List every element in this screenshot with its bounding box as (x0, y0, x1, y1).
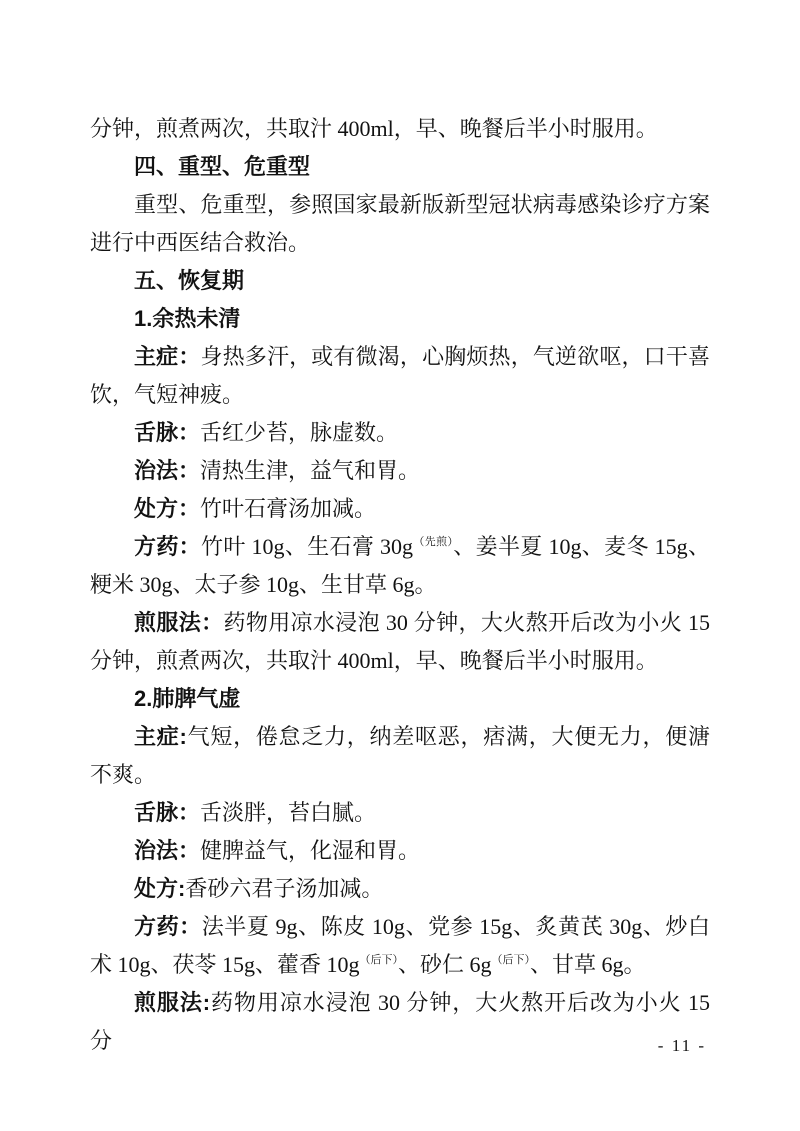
sub2-fangyao-seg2: 、砂仁 6g (398, 952, 492, 977)
sub2-fangyao-note-houxia-1: （后下） (360, 954, 399, 966)
sub2-shemai-text: 舌淡胖，苔白腻。 (200, 800, 376, 825)
document-page: 分钟，煎煮两次，共取汁 400ml，早、晚餐后半小时服用。 四、重型、危重型 重… (0, 0, 800, 1131)
sub1-chufang-label: 处方： (134, 496, 200, 521)
sub2-chufang-paragraph: 处方:香砂六君子汤加减。 (90, 870, 710, 908)
subsection-heading-2-text: 2.肺脾气虚 (134, 686, 240, 711)
sub2-shemai-paragraph: 舌脉：舌淡胖，苔白腻。 (90, 794, 710, 832)
sub1-shemai-text: 舌红少苔，脉虚数。 (200, 420, 398, 445)
sub2-fangyao-seg3: 、甘草 6g。 (530, 952, 646, 977)
sub2-zhuzheng-label: 主症: (134, 724, 187, 749)
sub1-zhifa-paragraph: 治法：清热生津，益气和胃。 (90, 452, 710, 490)
sub2-chufang-text: 香砂六君子汤加减。 (185, 876, 383, 901)
subsection-heading-1-text: 1.余热未清 (134, 306, 240, 331)
sub2-fangyao-note-houxia-2: （后下） (492, 954, 531, 966)
sub2-jianfufa-label: 煎服法: (134, 990, 210, 1015)
document-body: 分钟，煎煮两次，共取汁 400ml，早、晚餐后半小时服用。 四、重型、危重型 重… (90, 110, 710, 1060)
sub1-chufang-paragraph: 处方：竹叶石膏汤加减。 (90, 490, 710, 528)
sub1-shemai-paragraph: 舌脉：舌红少苔，脉虚数。 (90, 414, 710, 452)
section-heading-4-text: 四、重型、危重型 (134, 154, 310, 179)
sub2-chufang-label: 处方: (134, 876, 185, 901)
section-4-body: 重型、危重型，参照国家最新版新型冠状病毒感染诊疗方案进行中西医结合救治。 (90, 186, 710, 262)
section-heading-5-text: 五、恢复期 (134, 268, 244, 293)
sub2-jianfufa-paragraph: 煎服法:药物用凉水浸泡 30 分钟，大火熬开后改为小火 15 分 (90, 984, 710, 1060)
sub1-zhifa-label: 治法： (134, 458, 200, 483)
sub2-fangyao-label: 方药： (134, 914, 202, 939)
sub2-zhifa-paragraph: 治法：健脾益气，化湿和胃。 (90, 832, 710, 870)
sub1-fangyao-paragraph: 方药：竹叶 10g、生石膏 30g（先煎）、姜半夏 10g、麦冬 15g、粳米 … (90, 528, 710, 604)
sub1-fangyao-label: 方药： (134, 534, 201, 559)
page-number: - 11 - (658, 1036, 706, 1056)
sub1-chufang-text: 竹叶石膏汤加减。 (200, 496, 376, 521)
sub1-fangyao-seg1: 竹叶 10g、生石膏 30g (201, 534, 413, 559)
subsection-heading-1: 1.余热未清 (90, 300, 710, 338)
sub2-zhifa-label: 治法： (134, 838, 200, 863)
subsection-heading-2: 2.肺脾气虚 (90, 680, 710, 718)
sub1-shemai-label: 舌脉： (134, 420, 200, 445)
sub1-zhuzheng-label: 主症： (134, 344, 200, 369)
sub1-zhuzheng-paragraph: 主症：身热多汗，或有微渴，心胸烦热，气逆欲呕，口干喜饮，气短神疲。 (90, 338, 710, 414)
sub2-zhuzheng-paragraph: 主症:气短，倦怠乏力，纳差呕恶，痞满，大便无力，便溏不爽。 (90, 718, 710, 794)
sub1-fangyao-note-xianjian: （先煎） (413, 536, 453, 548)
sub2-shemai-label: 舌脉： (134, 800, 200, 825)
sub1-jianfufa-label: 煎服法： (134, 610, 223, 635)
sub2-zhifa-text: 健脾益气，化湿和胃。 (200, 838, 420, 863)
section-4-body-text: 重型、危重型，参照国家最新版新型冠状病毒感染诊疗方案进行中西医结合救治。 (90, 192, 710, 255)
section-heading-5: 五、恢复期 (90, 262, 710, 300)
sub2-fangyao-paragraph: 方药：法半夏 9g、陈皮 10g、党参 15g、炙黄芪 30g、炒白术 10g、… (90, 908, 710, 984)
section-heading-4: 四、重型、危重型 (90, 148, 710, 186)
sub1-zhifa-text: 清热生津，益气和胃。 (200, 458, 420, 483)
paragraph-continuation: 分钟，煎煮两次，共取汁 400ml，早、晚餐后半小时服用。 (90, 110, 710, 148)
sub1-jianfufa-paragraph: 煎服法：药物用凉水浸泡 30 分钟，大火熬开后改为小火 15 分钟，煎煮两次，共… (90, 604, 710, 680)
continuation-text: 分钟，煎煮两次，共取汁 400ml，早、晚餐后半小时服用。 (90, 116, 658, 141)
